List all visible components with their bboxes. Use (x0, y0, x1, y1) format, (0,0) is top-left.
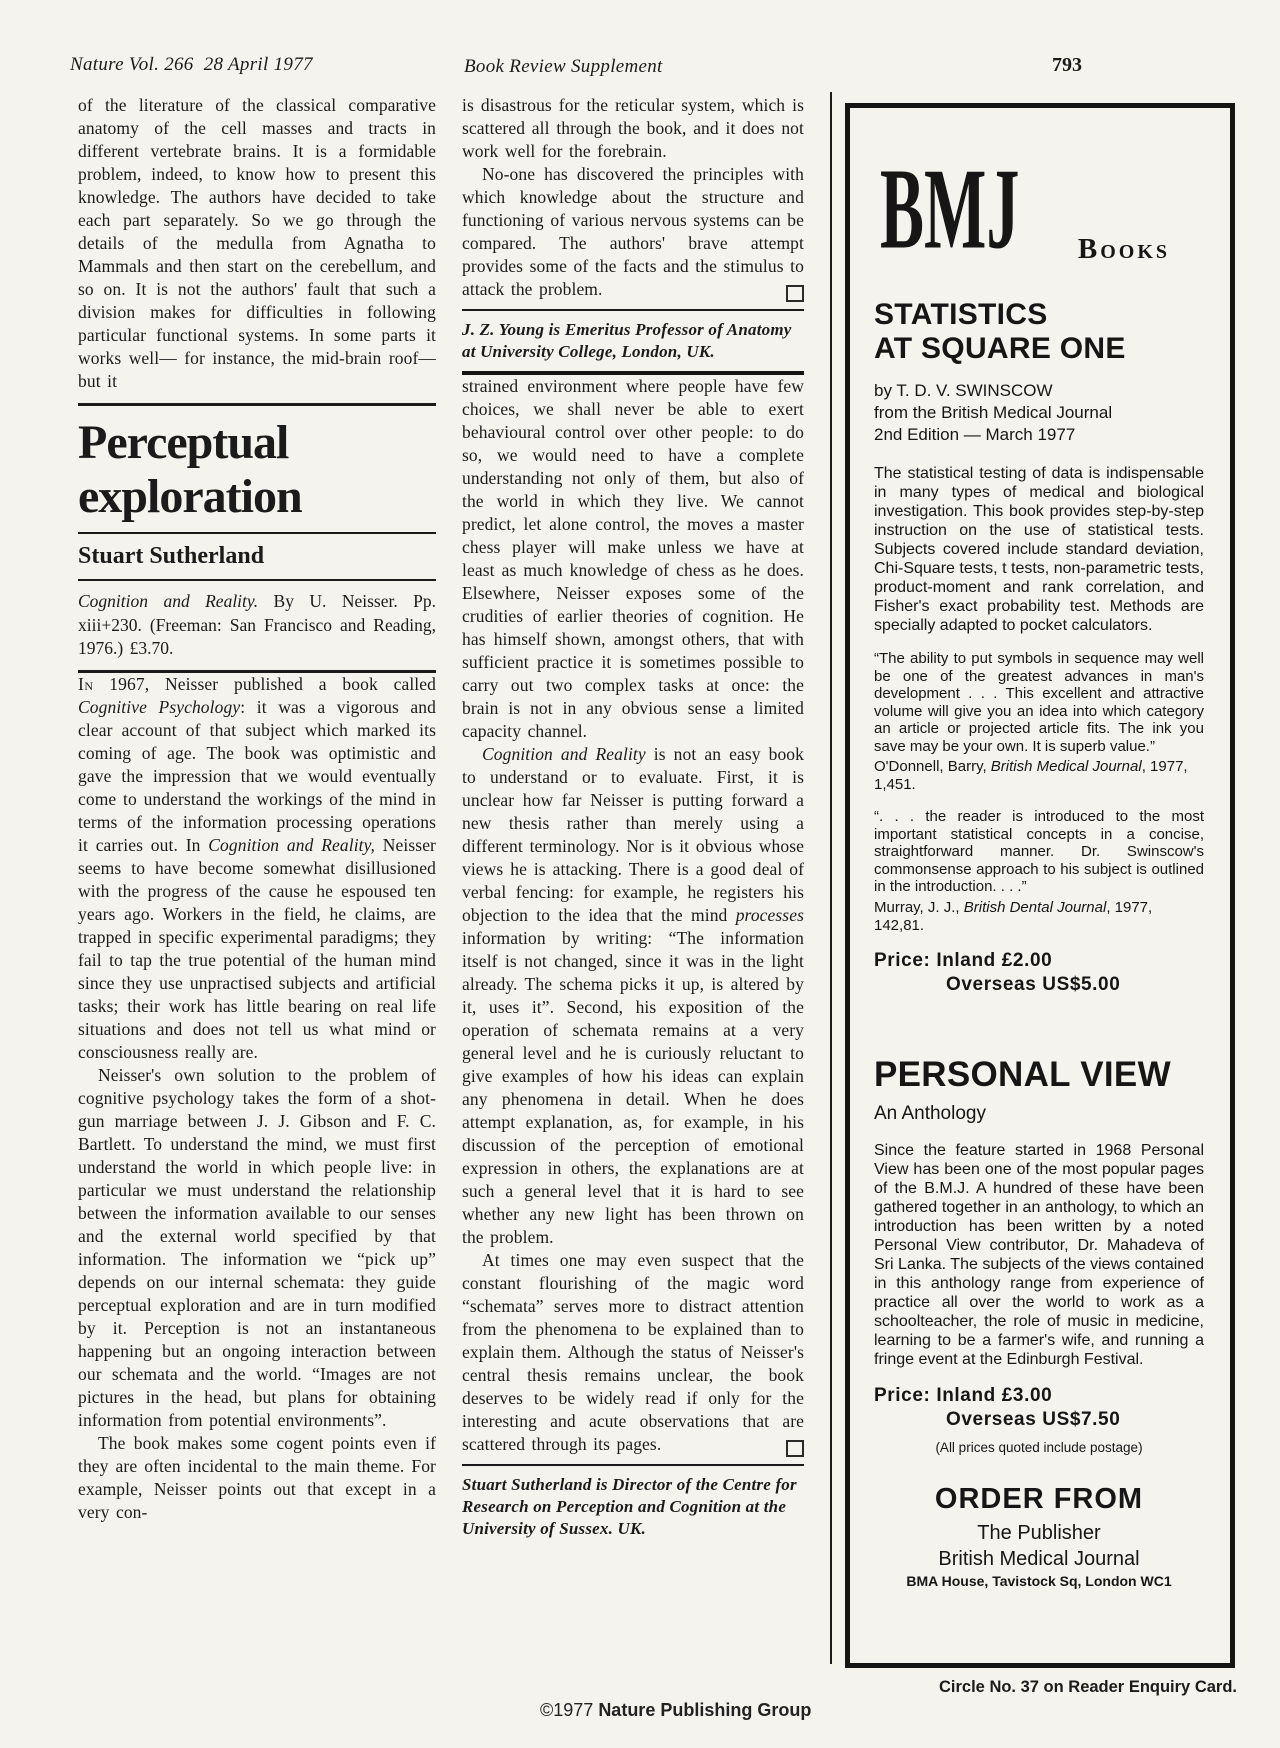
attr-journal: British Medical Journal (991, 758, 1142, 775)
attr-text: O'Donnell, Barry, (874, 758, 991, 775)
rule-above-sutherland-credit (462, 1464, 804, 1466)
bmj-books-label: Books (1078, 233, 1170, 266)
statistics-title-line2: AT SQUARE ONE (874, 332, 1204, 366)
statistics-blurb: The statistical testing of data is indis… (874, 464, 1204, 635)
price-inland: Inland £2.00 (936, 950, 1052, 971)
personal-view-blurb: Since the feature started in 1968 Person… (874, 1141, 1204, 1369)
para1-italic-title: Cognition and Reality, (208, 835, 375, 855)
statistics-edition: 2nd Edition — March 1977 (874, 424, 1204, 446)
bmj-logo: BMJ (880, 144, 1019, 277)
price-label: Price: (874, 1385, 930, 1406)
statistics-title-line1: STATISTICS (874, 298, 1204, 332)
page-number: 793 (1052, 54, 1082, 77)
para4-text: information by writing: “The information… (462, 928, 804, 1247)
personal-view-title: PERSONAL VIEW (874, 1055, 1204, 1095)
rule-below-title (78, 532, 436, 534)
rule-below-reviewer (78, 579, 436, 581)
para4-text: is not an easy book to understand or to … (462, 744, 804, 925)
para1-text: : it was a vigorous and clear account of… (78, 697, 436, 855)
book-citation: Cognition and Reality. By U. Neisser. Pp… (78, 590, 436, 661)
postage-note: (All prices quoted include postage) (874, 1440, 1204, 1455)
para1-text: Neisser seems to have become somewhat di… (78, 835, 436, 1062)
copyright-year: ©1977 (540, 1700, 598, 1720)
order-journal: British Medical Journal (874, 1546, 1204, 1572)
attr-journal: British Dental Journal (964, 899, 1107, 916)
prev-review-mid-paragraph-2: No-one has discovered the principles wit… (462, 163, 804, 301)
bmj-logo-row: BMJ Books (874, 142, 1204, 264)
order-publisher: The Publisher (874, 1520, 1204, 1546)
journal-page: Nature Vol. 266 28 April 1977 Book Revie… (0, 0, 1280, 1748)
rule-above-title (78, 403, 436, 406)
price-inland: Inland £3.00 (936, 1385, 1052, 1406)
review-title: Perceptual exploration (78, 416, 436, 524)
statistics-title: STATISTICS AT SQUARE ONE (874, 298, 1204, 366)
prev-review-mid-paragraph-1: is disastrous for the reticular system, … (462, 94, 804, 163)
prev-review-left-fragment: of the literature of the classical compa… (78, 94, 436, 393)
book-citation-title: Cognition and Reality. (78, 591, 258, 611)
column-divider-rule (830, 92, 832, 1664)
para4-italic-title: Cognition and Reality (482, 744, 646, 764)
review-quote-2-attribution: Murray, J. J., British Dental Journal, 1… (874, 899, 1204, 935)
statistics-price: Price: Inland £2.00 Overseas US$5.00 (874, 949, 1204, 997)
bmj-books-advertisement: BMJ Books STATISTICS AT SQUARE ONE by T.… (845, 103, 1235, 1668)
publisher-name: Nature Publishing Group (598, 1700, 811, 1720)
para1-text: 1967, Neisser published a book called (94, 674, 437, 694)
para5-text: At times one may even suspect that the c… (462, 1250, 804, 1454)
reader-enquiry-note: Circle No. 37 on Reader Enquiry Card. (845, 1678, 1237, 1697)
statistics-author: by T. D. V. SWINSCOW (874, 380, 1204, 402)
young-credit: J. Z. Young is Emeritus Professor of Ana… (462, 319, 804, 363)
middle-column: is disastrous for the reticular system, … (462, 94, 804, 1548)
price-overseas: Overseas US$7.50 (946, 1408, 1204, 1432)
end-of-article-marker (786, 285, 804, 302)
personal-view-price: Price: Inland £3.00 Overseas US$7.50 (874, 1384, 1204, 1432)
rule-above-young-credit (462, 309, 804, 311)
statistics-source: from the British Medical Journal (874, 402, 1204, 424)
review-quote-1: “The ability to put symbols in sequence … (874, 650, 1204, 755)
price-overseas: Overseas US$5.00 (946, 973, 1204, 997)
review-title-line1: Perceptual (78, 416, 436, 470)
order-block: ORDER FROM The Publisher British Medical… (874, 1483, 1204, 1589)
review-paragraph-1: In 1967, Neisser published a book called… (78, 673, 436, 1064)
order-address: BMA House, Tavistock Sq, London WC1 (874, 1573, 1204, 1589)
supplement-title: Book Review Supplement (464, 56, 663, 78)
review-paragraph-5: At times one may even suspect that the c… (462, 1249, 804, 1456)
review-paragraph-3-left: The book makes some cogent points even i… (78, 1432, 436, 1524)
copyright-footer: ©1977 Nature Publishing Group (540, 1700, 811, 1721)
journal-reference: Nature Vol. 266 28 April 1977 (70, 54, 313, 76)
reviewer-name: Stuart Sutherland (78, 543, 436, 570)
para4-italic-word: processes (736, 905, 804, 925)
attr-text: Murray, J. J., (874, 899, 964, 916)
price-label: Price: (874, 950, 930, 971)
sutherland-credit: Stuart Sutherland is Director of the Cen… (462, 1474, 804, 1540)
statistics-byline-block: by T. D. V. SWINSCOW from the British Me… (874, 380, 1204, 446)
left-column: of the literature of the classical compa… (78, 94, 436, 1524)
smallcaps-lead: In (78, 674, 94, 694)
para1-italic-title: Cognitive Psychology (78, 697, 240, 717)
review-title-line2: exploration (78, 470, 436, 524)
review-paragraph-2: Neisser's own solution to the problem of… (78, 1064, 436, 1432)
review-quote-2: “. . . the reader is introduced to the m… (874, 808, 1204, 896)
end-of-article-marker (786, 1440, 804, 1457)
review-paragraph-4: Cognition and Reality is not an easy boo… (462, 743, 804, 1249)
order-heading: ORDER FROM (874, 1483, 1204, 1516)
review-paragraph-3-mid: strained environment where people have f… (462, 375, 804, 743)
review-quote-1-attribution: O'Donnell, Barry, British Medical Journa… (874, 758, 1204, 794)
personal-view-subtitle: An Anthology (874, 1103, 1204, 1125)
prev-review-mid-text: No-one has discovered the principles wit… (462, 164, 804, 299)
